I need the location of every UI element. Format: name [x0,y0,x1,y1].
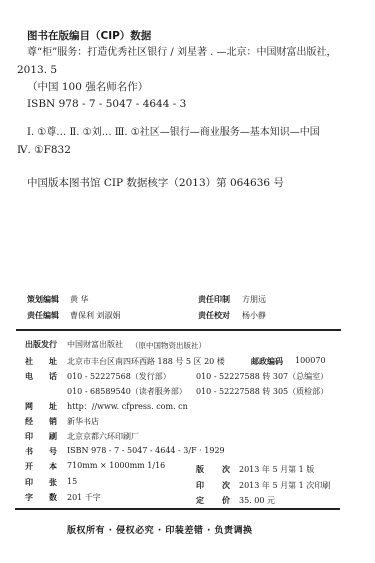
format-value: 710mm × 1000mm 1/16 [67,461,165,470]
address-label-1: 社 [25,356,33,367]
printer-label-1: 印 [25,431,33,442]
print-manager-value: 方朋远 [242,294,266,305]
cip-title-line: 尊“柜”服务：打造优秀社区银行 / 刘星著 . —北京：中国财富出版社， [27,46,337,60]
cip-isbn: ISBN 978 - 7 - 5047 - 4644 - 3 [27,97,186,111]
copyright-notice: 版权所有 · 侵权必究 · 印装差错 · 负责调换 [67,523,253,536]
printer-label-2: 刷 [49,431,57,442]
price-value: 35. 00 元 [239,495,275,506]
cip-series: （中国 100 强名师名作） [27,80,148,94]
sheets-label-1: 印 [25,477,33,488]
proofreader-value: 杨小静 [242,310,266,321]
price-label-2: 价 [222,495,230,506]
format-label-2: 本 [49,461,57,472]
edition-value: 2013 年 5 月第 1 版 [239,464,314,475]
address-value: 北京市丰台区南四环西路 188 号 5 区 20 楼 [67,356,225,367]
sheets-value: 15 [67,477,77,486]
divider-bottom [15,508,340,510]
print-manager-label: 责任印制 [198,294,230,305]
format-label-1: 开 [25,461,33,472]
cip-classification-1: Ⅰ. ①尊… Ⅱ. ①刘… Ⅲ. ①社区—银行—商业服务—基本知识—中国 [27,126,320,140]
cip-heading: 图书在版编目（CIP）数据 [27,29,151,43]
address-label-2: 址 [49,356,57,367]
planning-editor-value: 黄 华 [70,294,89,305]
phone-label-1: 电 [25,371,33,382]
website-label-2: 址 [49,401,57,412]
responsible-editor-value: 曹保利 刘淑娟 [70,310,121,321]
words-value: 201 千字 [67,492,101,503]
publisher-value: 中国财富出版社 [67,339,123,350]
publisher-label: 出版发行 [25,339,57,350]
cip-date-line: 2013. 5 [17,63,57,77]
distributor-label-2: 销 [49,416,57,427]
printing-label-1: 印 [196,480,204,491]
website-value: http：//www. cfpress. com. cn [67,401,188,412]
postcode-value: 100070 [295,356,326,365]
price-label-1: 定 [196,495,204,506]
book-no-label-1: 书 [25,446,33,457]
proofreader-label: 责任校对 [198,310,230,321]
publisher-note: （原中国物资出版社） [131,340,206,351]
phone-3: 010 - 68589540（读者服务部） [67,386,187,397]
divider-top [16,329,341,331]
phone-2: 010 - 52227588 转 307（总编室） [196,371,328,382]
printer-value: 北京京都六环印刷厂 [67,431,139,442]
distributor-value: 新华书店 [67,416,99,427]
planning-editor-label: 策划编辑 [27,294,59,305]
words-label-1: 字 [25,492,33,503]
book-no-label-2: 号 [49,446,57,457]
words-label-2: 数 [49,492,57,503]
responsible-editor-label: 责任编辑 [27,310,59,321]
sheets-label-2: 张 [49,477,57,488]
distributor-label-1: 经 [25,416,33,427]
book-no-value: ISBN 978 - 7 - 5047 - 4644 - 3/F · 1929 [67,446,225,455]
printing-value: 2013 年 5 月第 1 次印刷 [239,480,330,491]
phone-label-2: 话 [49,371,57,382]
website-label-1: 网 [25,401,33,412]
phone-1: 010 - 52227568（发行部） [67,371,171,382]
edition-label-1: 版 [196,464,204,475]
phone-4: 010 - 52227588 转 305（质检部） [196,386,328,397]
postcode-label: 邮政编码 [251,356,283,367]
edition-label-2: 次 [222,464,230,475]
cip-classification-2: Ⅳ. ①F832 [17,143,71,157]
cip-catalog-number: 中国版本图书馆 CIP 数据核字（2013）第 064636 号 [27,176,284,190]
printing-label-2: 次 [222,480,230,491]
